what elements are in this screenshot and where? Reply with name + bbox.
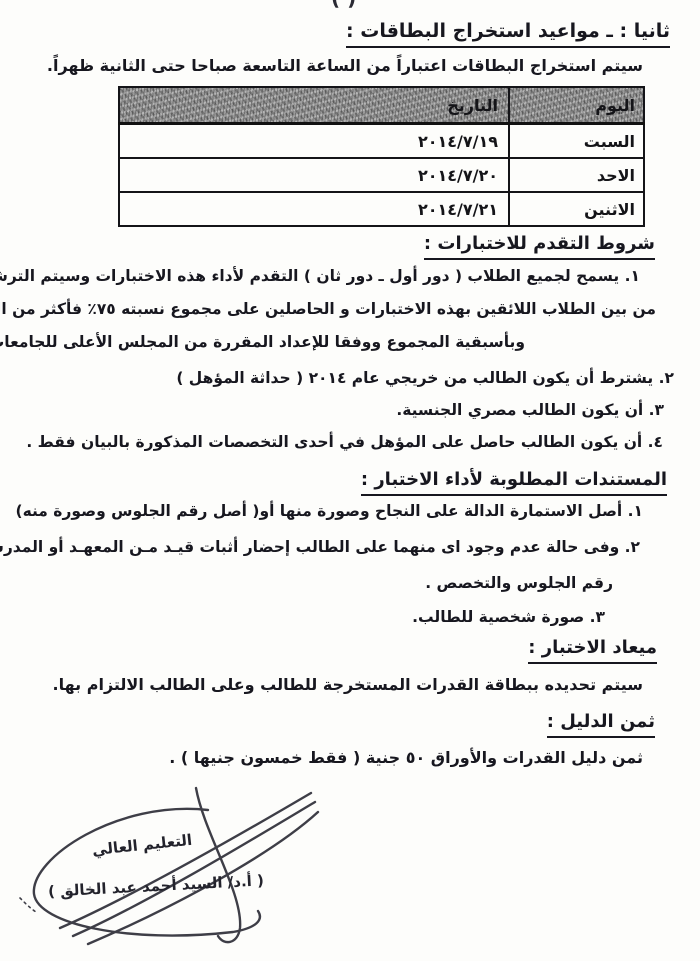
guide-price-body: ثمن دليل القدرات والأوراق ٥٠ جنية ( فقط … (169, 748, 643, 767)
day-cell: السبت (509, 124, 644, 159)
condition-item-3: ٣. أن يكون الطالب مصري الجنسية. (396, 401, 664, 419)
schedule-title-text: ثانيا : ـ مواعيد استخراج البطاقات : (346, 20, 670, 48)
section-schedule-title: ثانيا : ـ مواعيد استخراج البطاقات : (346, 20, 670, 42)
section-conditions-title: شروط التقدم للاختبارات : (424, 233, 655, 254)
day-cell: الاثنين (509, 192, 644, 226)
document-item-2-line-2: رقم الجلوس والتخصص . (425, 574, 613, 592)
document-item-3: ٣. صورة شخصية للطالب. (412, 608, 605, 626)
condition-item-1-line-1: ١. يسمح لجميع الطلاب ( دور أول ـ دور ثان… (0, 267, 640, 285)
day-column-header: اليوم (509, 87, 644, 124)
document-item-1: ١. أصل الاستمارة الدالة على النجاح وصورة… (16, 502, 644, 520)
condition-item-2: ٢. يشترط أن يكون الطالب من خريجي عام ٢٠١… (176, 369, 674, 387)
scanned-document-page: ( ) ثانيا : ـ مواعيد استخراج البطاقات : … (0, 0, 700, 961)
documents-title-text: المستندات المطلوبة لأداء الاختبار : (361, 469, 667, 496)
exam-date-title-text: ميعاد الاختبار : (528, 637, 657, 664)
day-cell: الاحد (509, 158, 644, 192)
condition-item-1-line-3: وبأسبقية المجموع ووفقا للإعداد المقررة م… (0, 333, 525, 351)
page-number-mark: ( ) (331, 0, 356, 10)
guide-price-title-text: ثمن الدليل : (547, 711, 655, 738)
table-row: السبت ٢٠١٤/٧/١٩ (119, 124, 644, 159)
table-row: الاثنين ٢٠١٤/٧/٢١ (119, 192, 644, 226)
document-item-2-line-1: ٢. وفى حالة عدم وجود اى منهما على الطالب… (0, 538, 640, 556)
section-exam-date-title: ميعاد الاختبار : (528, 637, 657, 658)
table-row: الاحد ٢٠١٤/٧/٢٠ (119, 158, 644, 192)
conditions-title-text: شروط التقدم للاختبارات : (424, 233, 655, 260)
section-documents-title: المستندات المطلوبة لأداء الاختبار : (361, 469, 667, 490)
section-guide-price-title: ثمن الدليل : (547, 711, 655, 732)
date-column-header: التاريخ (119, 87, 509, 124)
schedule-table: اليوم التاريخ السبت ٢٠١٤/٧/١٩ الاحد ٢٠١٤… (118, 86, 645, 227)
condition-item-1-line-2: من بين الطلاب اللائقين بهذه الاختبارات و… (0, 300, 656, 318)
signature-scrawl-icon (18, 778, 340, 960)
condition-item-4: ٤. أن يكون الطالب حاصل على المؤهل في أحد… (26, 433, 663, 451)
schedule-table-header-row: اليوم التاريخ (119, 87, 644, 124)
exam-date-body: سيتم تحديده ببطاقة القدرات المستخرجة للط… (53, 675, 644, 694)
date-cell: ٢٠١٤/٧/٢٠ (119, 158, 509, 192)
schedule-intro-text: سيتم استخراج البطاقات اعتباراً من الساعة… (47, 56, 643, 75)
date-cell: ٢٠١٤/٧/٢١ (119, 192, 509, 226)
date-cell: ٢٠١٤/٧/١٩ (119, 124, 509, 159)
